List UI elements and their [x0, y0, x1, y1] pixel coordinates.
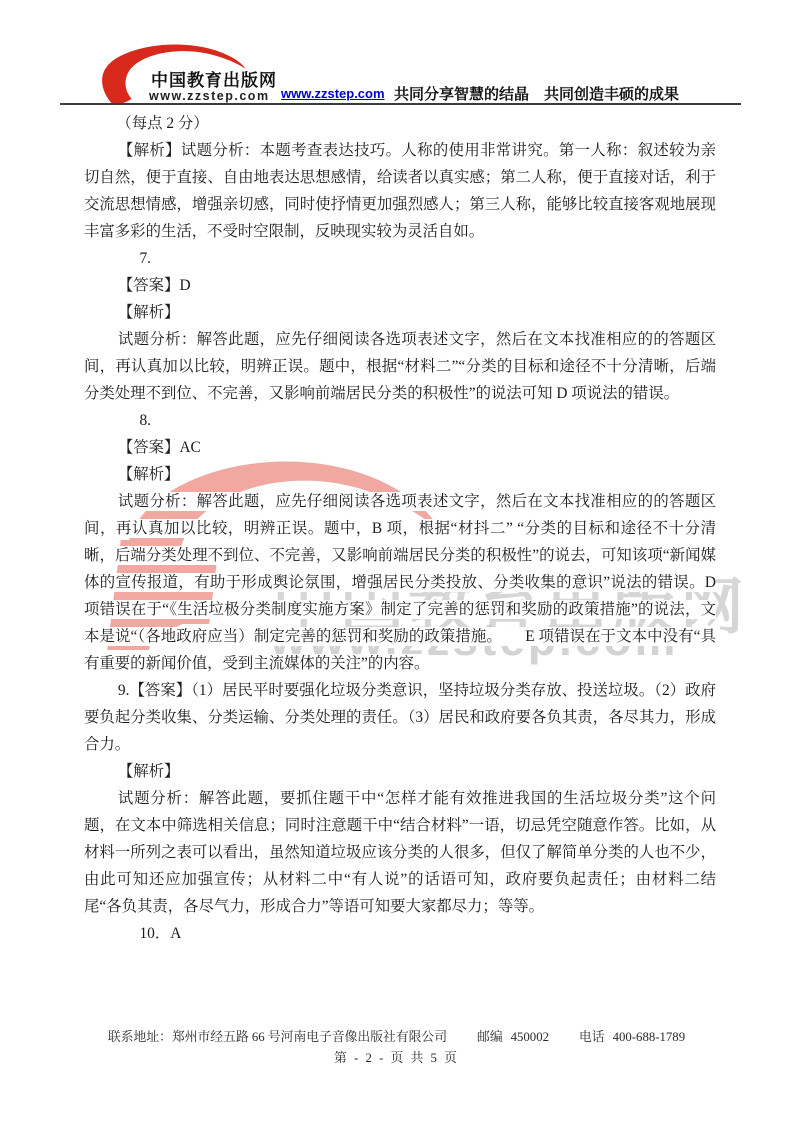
answer-7-label: 【答案】D	[84, 272, 716, 299]
phone-value: 400-688-1789	[613, 1030, 686, 1044]
header-slogan: 共同分享智慧的结晶 共同创造丰硕的成果	[394, 83, 679, 104]
brand-name: 中国教育出版网	[151, 66, 277, 91]
answer-9-paragraph: 9.【答案】（1）居民平时要强化垃圾分类意识，坚持垃圾分类存放、投送垃圾。（2）…	[84, 677, 716, 758]
answer-10-line: 10．A	[84, 920, 716, 947]
question-8-number: 8.	[84, 407, 716, 434]
contact-address: 联系地址：郑州市经五路 66 号河南电子音像出版社有限公司	[108, 1030, 447, 1044]
analysis-8-paragraph: 试题分析：解答此题，应先仔细阅读各选项表述文字，然后在文本找准相应的的答题区间，…	[84, 488, 716, 677]
postcode-value: 450002	[511, 1030, 549, 1044]
score-note: （每点 2 分）	[84, 110, 716, 137]
brand-url: www.zzstep.com	[149, 89, 270, 103]
analysis-9-label: 【解析】	[84, 758, 716, 785]
answer-8-label: 【答案】AC	[84, 434, 716, 461]
site-link[interactable]: www.zzstep.com	[281, 86, 385, 101]
header-divider	[60, 103, 741, 105]
document-page: 中国教育出版网 www.zzstep.com 中国教育出版网 www.zzste…	[0, 0, 793, 1122]
postcode-label: 邮编	[477, 1030, 503, 1044]
page-header: 中国教育出版网 www.zzstep.com www.zzstep.com 共同…	[0, 0, 793, 108]
analysis-9-paragraph: 试题分析：解答此题，要抓住题干中“怎样才能有效推进我国的生活垃圾分类”这个问题，…	[84, 785, 716, 920]
analysis-7-paragraph: 试题分析：解答此题，应先仔细阅读各选项表述文字，然后在文本找准相应的的答题区间，…	[84, 326, 716, 407]
page-number: 第 - 2 - 页 共 5 页	[0, 1047, 793, 1066]
analysis-8-label: 【解析】	[84, 461, 716, 488]
analysis-6-paragraph: 【解析】试题分析：本题考查表达技巧。人称的使用非常讲究。第一人称：叙述较为亲切自…	[84, 137, 716, 245]
answer-content: （每点 2 分） 【解析】试题分析：本题考查表达技巧。人称的使用非常讲究。第一人…	[84, 110, 716, 947]
question-7-number: 7.	[84, 245, 716, 272]
contact-line: 联系地址：郑州市经五路 66 号河南电子音像出版社有限公司邮编450002电话4…	[0, 1026, 793, 1045]
analysis-7-label: 【解析】	[84, 299, 716, 326]
phone-label: 电话	[579, 1030, 605, 1044]
